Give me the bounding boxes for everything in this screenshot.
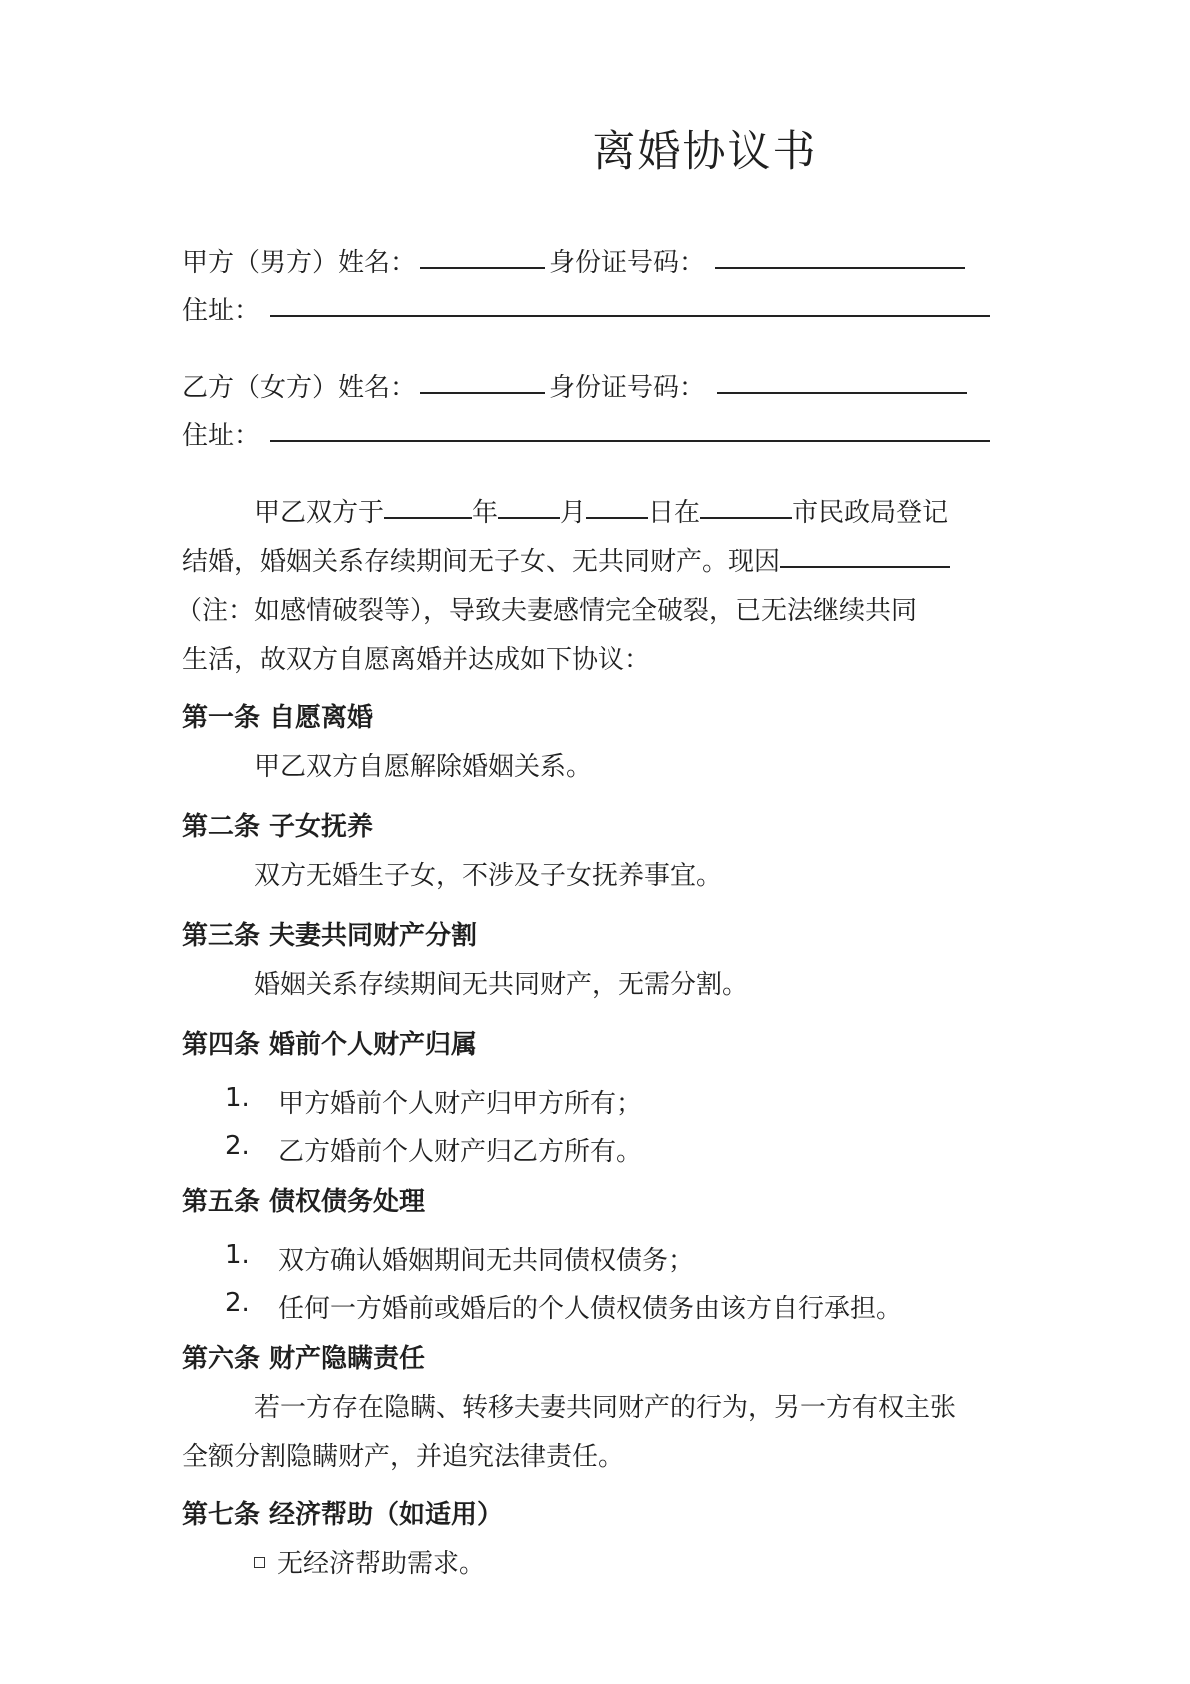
intro-text: 日在 xyxy=(648,498,700,528)
article-6-text-line-2: 全额分割隐瞒财产，并追究法律责任。 xyxy=(182,1436,624,1473)
intro-text: 结婚，婚姻关系存续期间无子女、无共同财产。现因 xyxy=(182,547,780,577)
party-a-address-row: 住址： xyxy=(182,290,994,327)
article-6-heading: 第六条 财产隐瞒责任 xyxy=(182,1338,425,1375)
year-blank[interactable] xyxy=(384,516,472,519)
intro-text: 年 xyxy=(472,498,498,528)
article-2-text: 双方无婚生子女，不涉及子女抚养事宜。 xyxy=(254,855,722,892)
document-title: 离婚协议书 xyxy=(0,118,1190,179)
article-3-text: 婚姻关系存续期间无共同财产，无需分割。 xyxy=(254,964,748,1001)
article-5-heading: 第五条 债权债务处理 xyxy=(182,1181,425,1218)
party-b-address-label: 住址： xyxy=(182,421,260,451)
article-5-item-2-number: 2. xyxy=(225,1288,250,1318)
party-a-id-label: 身份证号码： xyxy=(549,248,705,278)
article-1-text: 甲乙双方自愿解除婚姻关系。 xyxy=(254,746,592,783)
party-a-name-row: 甲方（男方）姓名：身份证号码： xyxy=(182,242,969,279)
party-b-name-blank[interactable] xyxy=(420,391,545,394)
article-7-option-label: 无经济帮助需求。 xyxy=(277,1549,485,1579)
article-4-item-2: 乙方婚前个人财产归乙方所有。 xyxy=(278,1131,642,1168)
article-4-item-2-number: 2. xyxy=(225,1131,250,1161)
article-7-heading: 第七条 经济帮助（如适用） xyxy=(182,1494,503,1531)
article-3-heading: 第三条 夫妻共同财产分割 xyxy=(182,915,477,952)
party-a-name-label: 甲方（男方）姓名： xyxy=(182,248,416,278)
article-4-item-1: 甲方婚前个人财产归甲方所有； xyxy=(278,1083,642,1120)
article-5-item-1-number: 1. xyxy=(225,1240,250,1270)
party-a-id-blank[interactable] xyxy=(715,266,965,269)
article-4-heading: 第四条 婚前个人财产归属 xyxy=(182,1024,477,1061)
article-2-heading: 第二条 子女抚养 xyxy=(182,806,373,843)
party-b-address-row: 住址： xyxy=(182,415,994,452)
month-blank[interactable] xyxy=(498,516,560,519)
reason-blank[interactable] xyxy=(780,565,950,568)
party-b-id-label: 身份证号码： xyxy=(549,373,705,403)
intro-line-1: 甲乙双方于年月日在市民政局登记 xyxy=(254,492,948,529)
party-a-address-label: 住址： xyxy=(182,296,260,326)
checkbox-icon[interactable] xyxy=(254,1557,265,1568)
article-4-item-1-number: 1. xyxy=(225,1083,250,1113)
intro-line-2: 结婚，婚姻关系存续期间无子女、无共同财产。现因 xyxy=(182,541,950,578)
day-blank[interactable] xyxy=(586,516,648,519)
party-a-address-blank[interactable] xyxy=(270,314,990,317)
article-5-item-2: 任何一方婚前或婚后的个人债权债务由该方自行承担。 xyxy=(278,1288,902,1325)
intro-line-3: （注：如感情破裂等），导致夫妻感情完全破裂，已无法继续共同 xyxy=(176,590,917,627)
party-a-name-blank[interactable] xyxy=(420,266,545,269)
intro-text: 甲乙双方于 xyxy=(254,498,384,528)
city-blank[interactable] xyxy=(700,516,792,519)
party-b-name-row: 乙方（女方）姓名：身份证号码： xyxy=(182,367,971,404)
party-b-id-blank[interactable] xyxy=(717,391,967,394)
intro-text: 月 xyxy=(560,498,586,528)
party-b-address-blank[interactable] xyxy=(270,439,990,442)
article-6-text-line-1: 若一方存在隐瞒、转移夫妻共同财产的行为，另一方有权主张 xyxy=(254,1387,956,1424)
article-7-option[interactable]: 无经济帮助需求。 xyxy=(254,1543,485,1580)
article-5-item-1: 双方确认婚姻期间无共同债权债务； xyxy=(278,1240,694,1277)
party-b-name-label: 乙方（女方）姓名： xyxy=(182,373,416,403)
intro-text: 市民政局登记 xyxy=(792,498,948,528)
intro-line-4: 生活，故双方自愿离婚并达成如下协议： xyxy=(182,639,650,676)
article-1-heading: 第一条 自愿离婚 xyxy=(182,697,373,734)
